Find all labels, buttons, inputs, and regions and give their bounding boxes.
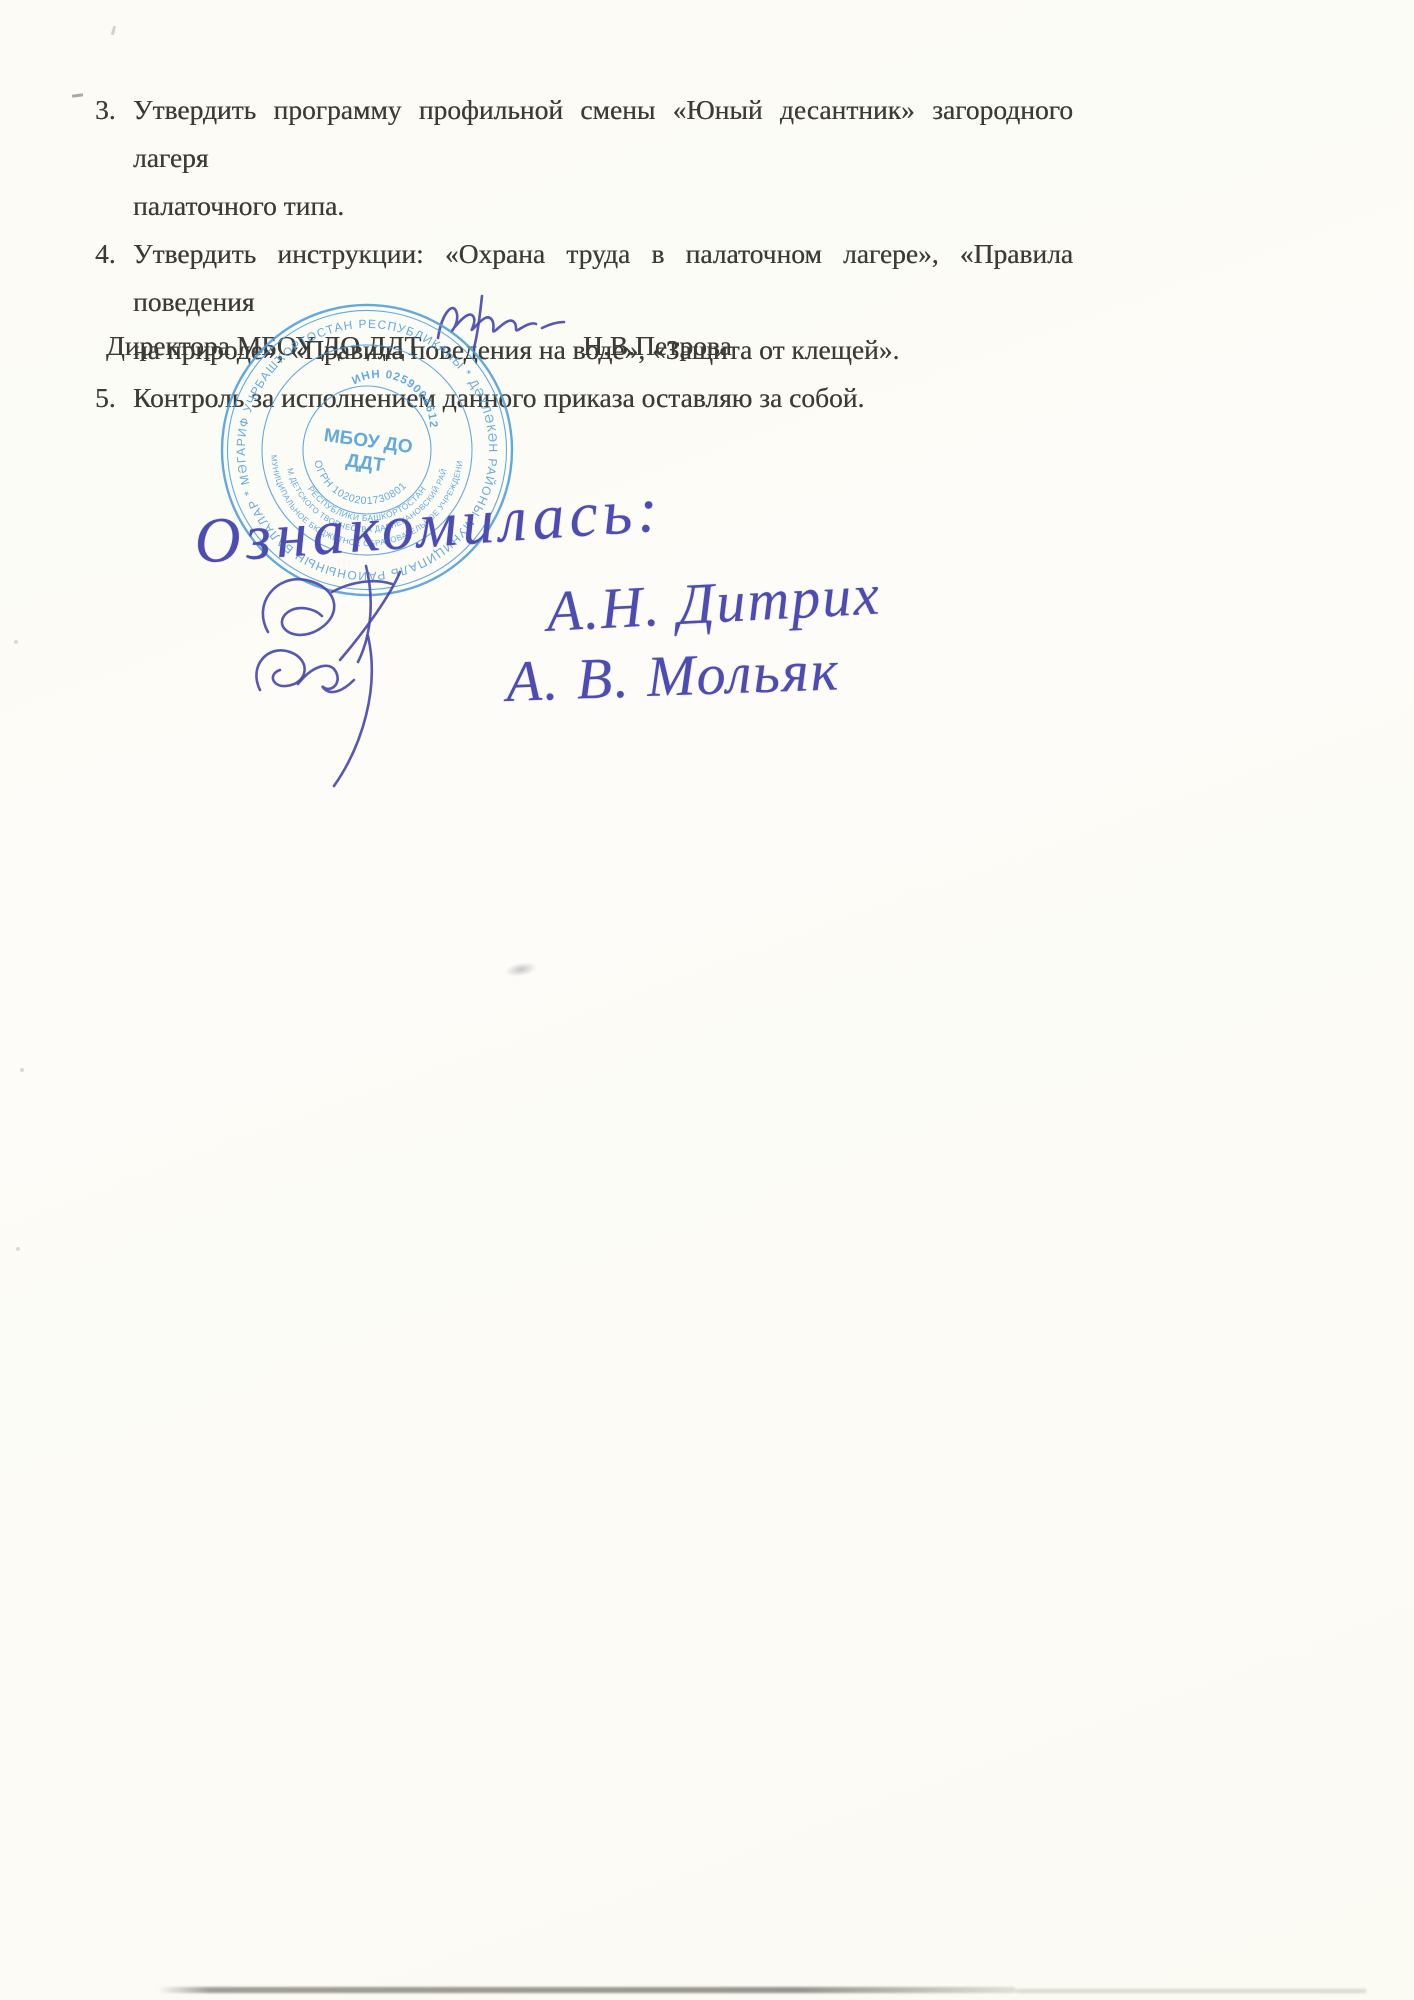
stamp-center-abbrev-line2: ДДТ: [345, 450, 387, 476]
scanned-document-page: 3. Утвердить программу профильной смены …: [0, 0, 1414, 2000]
stamp-inn-text: ИНН 0259004612: [347, 351, 454, 434]
list-item-text: Утвердить программу профильной смены «Юн…: [133, 86, 1073, 230]
text-line: Утвердить программу профильной смены «Юн…: [133, 86, 1073, 182]
scan-artifact: [72, 93, 83, 98]
reviewer-name-2: А. В. Мольяк: [505, 636, 841, 715]
signer-name: Н.В.Петрова: [583, 322, 732, 370]
list-item-number: 5.: [95, 374, 133, 422]
list-item-number: 3.: [95, 86, 133, 230]
scan-edge-shadow: [158, 1987, 1016, 1993]
scan-artifact: [14, 640, 18, 644]
reviewer-name-1: А.Н. Дитрих: [545, 561, 882, 645]
scan-edge-shadow: [1016, 1989, 1366, 1993]
scan-artifact: [111, 26, 116, 35]
list-item: 3. Утвердить программу профильной смены …: [95, 86, 1073, 230]
svg-text:ИНН 0259004612: ИНН 0259004612: [347, 351, 454, 434]
text-line: палаточного типа.: [133, 182, 1073, 230]
reviewer-signature-scribble-2: [240, 628, 430, 793]
scan-artifact: [16, 1247, 20, 1251]
scan-artifact: [20, 1068, 24, 1072]
scan-artifact: [504, 960, 538, 978]
